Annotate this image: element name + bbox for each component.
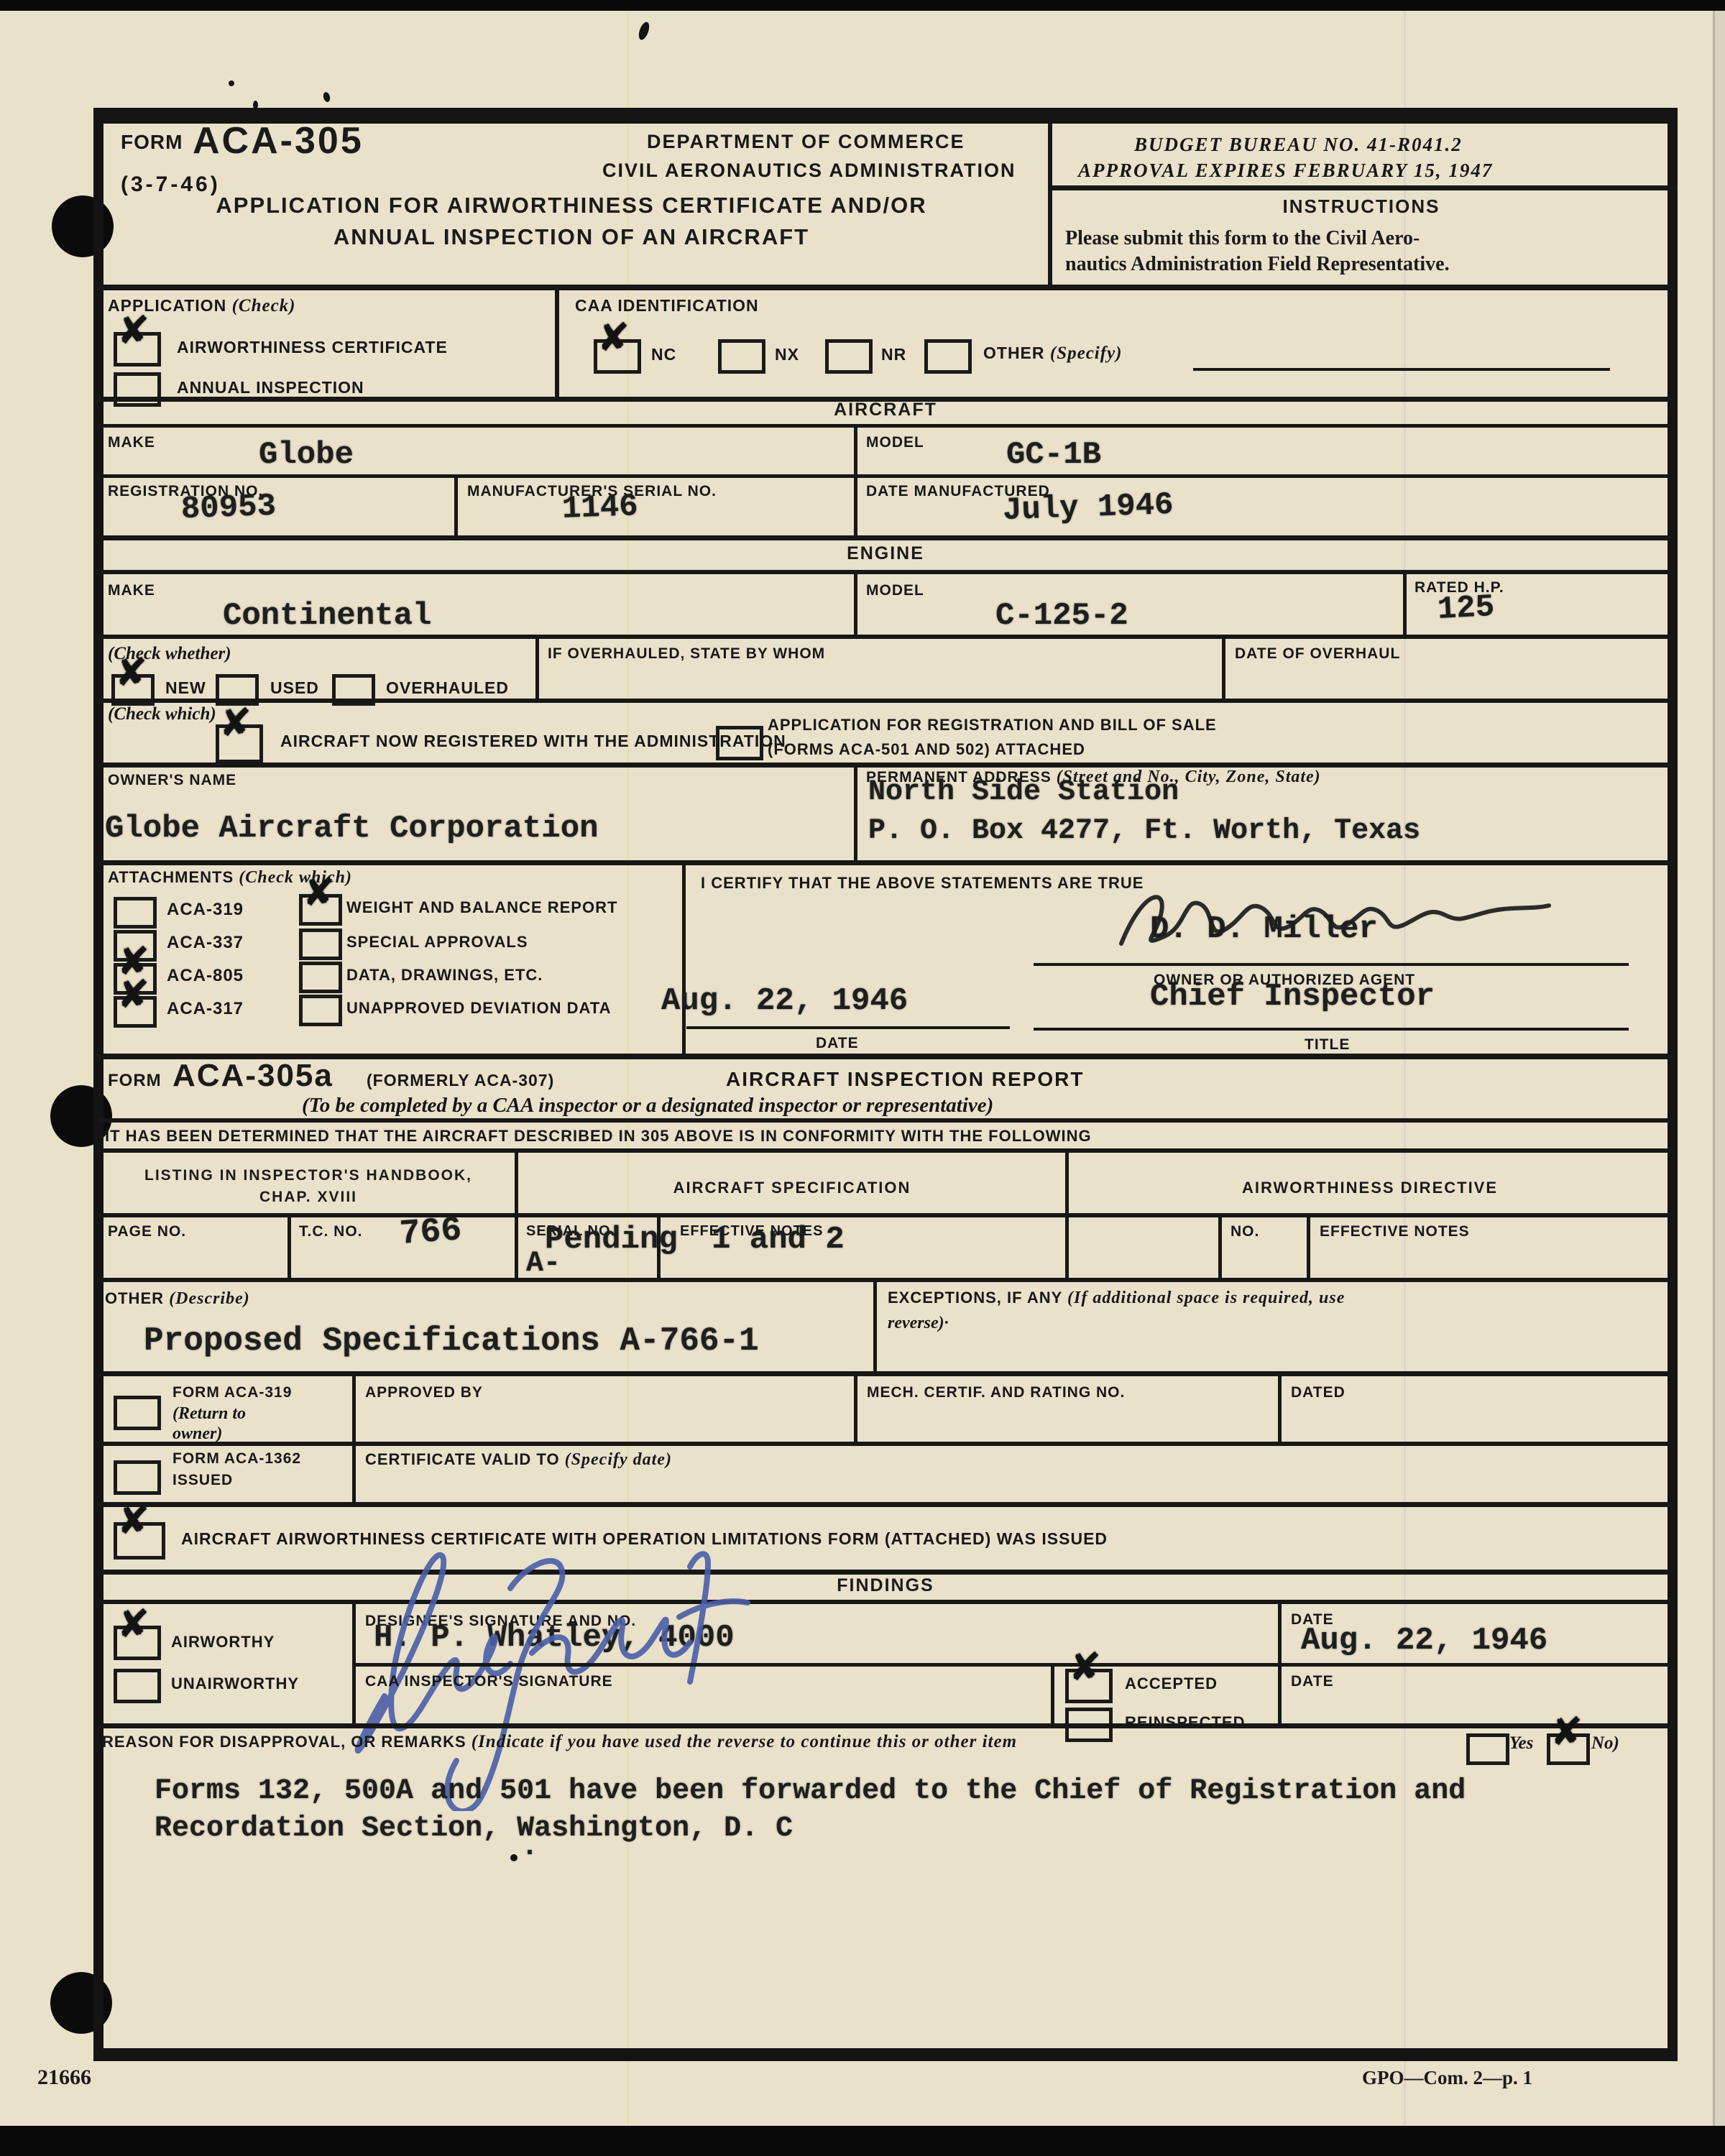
engine-title-rule — [98, 570, 1673, 574]
listing-row-rule — [98, 1278, 1673, 1282]
remarks-text-line1: Forms 132, 500A and 501 have been forwar… — [155, 1775, 1466, 1807]
tc-no-value: 766 — [398, 1211, 463, 1254]
instructions-line1: Please submit this form to the Civil Aer… — [1065, 227, 1420, 250]
report-form-number: ACA-305a — [172, 1058, 333, 1094]
certify-statement: I CERTIFY THAT THE ABOVE STATEMENTS ARE … — [701, 874, 1144, 893]
aca-317-checkbox[interactable]: ✘ — [114, 996, 157, 1028]
certify-title-underline[interactable] — [1034, 1028, 1629, 1031]
footer-gpo: GPO—Com. 2—p. 1 — [1362, 2067, 1532, 2089]
form-number: ACA-305 — [193, 119, 364, 162]
application-caa-divider — [555, 287, 559, 400]
registered-checkbox[interactable]: ✘ — [216, 724, 263, 763]
report-formerly: (FORMERLY ACA-307) — [367, 1071, 554, 1090]
check-mark: ✘ — [1069, 1648, 1101, 1687]
scan-artifact — [637, 21, 651, 42]
remarks-no-checkbox[interactable]: ✘ — [1547, 1733, 1590, 1765]
owner-address-line1: North Side Station — [868, 776, 1179, 808]
form-number-prefix: FORM — [121, 131, 183, 154]
owner-signature-typed: D. D. Miller — [1150, 911, 1378, 947]
registration-serial-divider — [454, 478, 458, 535]
owner-address-divider — [854, 766, 857, 860]
aircraft-make-label: MAKE — [108, 434, 155, 451]
data-drawings-label: DATA, DRAWINGS, ETC. — [346, 966, 543, 985]
engine-model-value: C-125-2 — [995, 598, 1128, 634]
aircraft-bottom-rule — [98, 535, 1673, 540]
remarks-yes-label: Yes — [1509, 1733, 1533, 1754]
findings-date2-label: DATE — [1291, 1673, 1334, 1690]
listing-header-line2: CHAP. XVIII — [101, 1189, 516, 1206]
certify-title-label: TITLE — [1305, 1036, 1350, 1054]
engine-section-title: ENGINE — [98, 543, 1673, 564]
airworthiness-certificate-checkbox[interactable]: ✘ — [114, 332, 161, 367]
annual-inspection-label: ANNUAL INSPECTION — [177, 378, 364, 397]
remarks-text-line2: Recordation Section, Washington, D. C — [155, 1812, 793, 1845]
budget-bureau-line2: APPROVAL EXPIRES FEBRUARY 15, 1947 — [1078, 160, 1493, 182]
form1362-valid-divider — [352, 1446, 356, 1502]
check-mark: ✘ — [597, 318, 630, 357]
caa-identification-label: CAA IDENTIFICATION — [575, 296, 759, 315]
owner-address-line2: P. O. Box 4277, Ft. Worth, Texas — [868, 815, 1420, 847]
check-which-bottom-rule — [98, 763, 1673, 768]
unairworthy-label: UNAIRWORTHY — [171, 1674, 299, 1693]
scanned-form-page: FORM ACA-305 (3-7-46) DEPARTMENT OF COMM… — [0, 0, 1725, 2156]
aircraft-section-title: AIRCRAFT — [98, 400, 1673, 420]
spec-serial-value-bottom: A- — [526, 1248, 561, 1280]
page-no-label: PAGE NO. — [108, 1223, 186, 1240]
aca-805-label: ACA-805 — [167, 966, 244, 986]
listing-header-line1: LISTING IN INSPECTOR'S HANDBOOK, — [101, 1167, 516, 1184]
form-1362-label: FORM ACA-1362 — [172, 1450, 301, 1468]
aircraft-model-label: MODEL — [866, 434, 924, 451]
date-manufactured-value: July 1946 — [1002, 487, 1174, 529]
registration-application-line1: APPLICATION FOR REGISTRATION AND BILL OF… — [768, 716, 1217, 734]
data-drawings-checkbox[interactable]: ✘ — [299, 962, 342, 993]
remarks-no-label: No) — [1591, 1733, 1619, 1754]
accepted-checkbox[interactable]: ✘ — [1065, 1669, 1113, 1703]
exceptions-label-line2: reverse)· — [888, 1314, 949, 1333]
department-line1: DEPARTMENT OF COMMERCE — [647, 131, 965, 153]
approved-by-label: APPROVED BY — [365, 1384, 483, 1401]
accepted-label: ACCEPTED — [1125, 1674, 1218, 1693]
unapproved-deviation-label: UNAPPROVED DEVIATION DATA — [346, 999, 611, 1018]
approvedby-mech-divider — [854, 1376, 857, 1442]
registered-label: AIRCRAFT NOW REGISTERED WITH THE ADMINIS… — [280, 732, 786, 751]
certificate-valid-label: CERTIFICATE VALID TO (Specify date) — [365, 1450, 672, 1470]
determined-statement: IT HAS BEEN DETERMINED THAT THE AIRCRAFT… — [105, 1127, 1092, 1146]
registration-no-value: 80953 — [180, 489, 277, 528]
unairworthy-checkbox[interactable]: ✘ — [114, 1669, 161, 1703]
certify-date-value: Aug. 22, 1946 — [661, 983, 908, 1019]
other-describe-label: OTHER (Describe) — [105, 1289, 250, 1309]
check-whether-bottom-rule — [98, 699, 1673, 703]
findings-mid-rule — [352, 1663, 1673, 1667]
weight-balance-label: WEIGHT AND BALANCE REPORT — [346, 898, 617, 917]
aca-319-label: ACA-319 — [167, 900, 244, 920]
aircraft-model-value: GC-1B — [1006, 437, 1101, 473]
scan-artifact — [322, 91, 331, 103]
department-line2: CIVIL AERONAUTICS ADMINISTRATION — [602, 160, 1016, 182]
no-notes-divider — [1307, 1217, 1310, 1278]
tc-no-label: T.C. NO. — [299, 1223, 363, 1240]
mech-certif-label: MECH. CERTIF. AND RATING NO. — [867, 1384, 1125, 1401]
other-bottom-rule — [98, 1371, 1673, 1376]
scan-artifact — [229, 80, 234, 86]
check-mark: ✘ — [117, 1605, 149, 1644]
caa-nr-label: NR — [881, 345, 906, 364]
caa-nr-checkbox[interactable]: ✘ — [825, 339, 873, 374]
report-title: AIRCRAFT INSPECTION REPORT — [726, 1068, 1084, 1091]
engine-used-label: USED — [270, 678, 319, 698]
accepted-divider — [1051, 1663, 1054, 1723]
aircraft-make-model-divider — [854, 428, 857, 476]
serial-notes-divider — [657, 1217, 661, 1278]
spec-notes-value: 1 and 2 — [712, 1222, 845, 1258]
scan-edge-right — [1713, 11, 1725, 2126]
listing-header-rule — [98, 1213, 1673, 1217]
caa-nc-label: NC — [651, 345, 676, 364]
check-mark: ✘ — [219, 704, 252, 742]
determined-rule — [98, 1148, 1673, 1153]
budget-instructions-rule — [1052, 185, 1678, 190]
overhaul-date-label: DATE OF OVERHAUL — [1235, 645, 1400, 663]
airworthy-checkbox[interactable]: ✘ — [114, 1626, 161, 1660]
owner-signature-underline[interactable] — [1034, 963, 1629, 966]
attachments-bottom-rule — [98, 1054, 1673, 1059]
remarks-yes-checkbox[interactable]: ✘ — [1466, 1733, 1509, 1765]
overhaul-divider2 — [1222, 639, 1225, 699]
directive-header: AIRWORTHINESS DIRECTIVE — [1068, 1179, 1672, 1197]
form-1362-issued-label: ISSUED — [172, 1472, 233, 1489]
findings-bottom-rule — [98, 1723, 1673, 1728]
registration-application-line2: (FORMS ACA-501 AND 502) ATTACHED — [768, 740, 1085, 759]
engine-model-label: MODEL — [866, 582, 924, 599]
form-1362-checkbox[interactable]: ✘ — [114, 1460, 161, 1495]
form1362-bottom-rule — [98, 1502, 1673, 1507]
caa-other-blank-line[interactable] — [1193, 368, 1610, 371]
aircraft-title-rule — [98, 424, 1673, 428]
check-which-label: (Check which) — [108, 704, 216, 724]
caa-other-label: OTHER (Specify) — [983, 344, 1123, 364]
certify-date-label: DATE — [816, 1035, 859, 1052]
designee-signature-handwritten — [316, 1524, 862, 1811]
form-319-paren2: owner) — [172, 1424, 222, 1444]
check-mark: ✘ — [115, 653, 147, 692]
check-mark: ✘ — [117, 975, 149, 1014]
certify-title-value: Chief Inspector — [1150, 979, 1435, 1015]
owner-name-value: Globe Aircraft Corporation — [105, 811, 599, 847]
check-mark: ✘ — [117, 1501, 149, 1540]
weight-balance-checkbox[interactable]: ✘ — [299, 894, 342, 926]
engine-make-value: Continental — [223, 598, 431, 634]
remarks-text-period: . — [521, 1831, 538, 1864]
form-319-paren1: (Return to — [172, 1404, 246, 1424]
aircraft-make-value: Globe — [259, 437, 354, 473]
rated-hp-value: 125 — [1437, 589, 1496, 628]
caa-nx-checkbox[interactable]: ✘ — [718, 339, 765, 374]
scan-edge-bottom — [0, 2126, 1725, 2156]
owner-bottom-rule — [98, 860, 1673, 865]
report-form-prefix: FORM — [108, 1071, 162, 1091]
scan-edge-top — [0, 0, 1725, 11]
cert-issued-checkbox[interactable]: ✘ — [114, 1522, 165, 1560]
form-319-checkbox[interactable]: ✘ — [114, 1396, 161, 1430]
directive-notes-label: EFFECTIVE NOTES — [1320, 1223, 1470, 1240]
budget-bureau-line1: BUDGET BUREAU NO. 41-R041.2 — [1134, 134, 1463, 156]
special-approvals-checkbox[interactable]: ✘ — [299, 929, 342, 960]
report-subtitle: (To be completed by a CAA inspector or a… — [302, 1094, 993, 1118]
caa-inspector-signature-label: CAA INSPECTOR'S SIGNATURE — [365, 1673, 613, 1690]
notes-no-divider — [1218, 1217, 1222, 1278]
attachments-certify-divider — [682, 865, 686, 1054]
airworthiness-certificate-label: AIRWORTHINESS CERTIFICATE — [177, 338, 448, 357]
page-tc-divider — [287, 1217, 291, 1278]
engine-new-label: NEW — [165, 678, 206, 698]
aca-319-checkbox[interactable]: ✘ — [114, 897, 157, 929]
form319-bottom-rule — [98, 1442, 1673, 1446]
aircraft-row-rule — [98, 474, 1673, 478]
reinspected-label: REINSPECTED — [1125, 1713, 1245, 1732]
form319-approvedby-divider — [352, 1376, 356, 1442]
instructions-line2: nautics Administration Field Representat… — [1065, 253, 1450, 276]
airworthy-label: AIRWORTHY — [171, 1633, 275, 1651]
check-mark: ✘ — [117, 311, 149, 350]
instructions-title: INSTRUCTIONS — [1052, 195, 1670, 218]
overhaul-by-label: IF OVERHAULED, STATE BY WHOM — [548, 645, 825, 663]
form-title-line1: APPLICATION FOR AIRWORTHINESS CERTIFICAT… — [129, 193, 1013, 218]
special-approvals-label: SPECIAL APPROVALS — [346, 933, 528, 952]
footer-print-code: 21666 — [37, 2065, 91, 2090]
caa-nc-checkbox[interactable]: ✘ — [594, 339, 641, 374]
directive-no-label: NO. — [1230, 1223, 1259, 1240]
engine-make-model-divider — [854, 574, 857, 635]
aca-317-label: ACA-317 — [167, 999, 244, 1019]
engine-hp-divider — [1403, 574, 1407, 635]
overhaul-divider1 — [535, 639, 539, 699]
owner-name-label: OWNER'S NAME — [108, 772, 236, 789]
header-bottom-rule — [98, 285, 1673, 290]
certify-date-underline[interactable] — [686, 1026, 1010, 1029]
serial-date-divider — [854, 478, 857, 535]
spec-header: AIRCRAFT SPECIFICATION — [517, 1179, 1067, 1197]
findings-date-value: Aug. 22, 1946 — [1301, 1623, 1547, 1659]
check-mark: ✘ — [1550, 1713, 1583, 1751]
other-describe-value: Proposed Specifications A-766-1 — [144, 1322, 759, 1360]
caa-nx-label: NX — [775, 345, 799, 364]
engine-overhauled-label: OVERHAULED — [386, 678, 509, 698]
form-319-label: FORM ACA-319 — [172, 1384, 292, 1401]
engine-row-rule — [98, 635, 1673, 639]
form-title-line2: ANNUAL INSPECTION OF AN AIRCRAFT — [129, 224, 1013, 250]
exceptions-label: EXCEPTIONS, IF ANY (If additional space … — [888, 1289, 1345, 1308]
other-exceptions-divider — [873, 1282, 877, 1371]
registration-application-checkbox[interactable]: ✘ — [716, 726, 763, 760]
aca-337-label: ACA-337 — [167, 933, 244, 953]
mech-dated-divider — [1278, 1376, 1282, 1442]
serial-no-value: 1146 — [561, 489, 638, 528]
unapproved-deviation-checkbox[interactable]: ✘ — [299, 995, 342, 1026]
engine-make-label: MAKE — [108, 582, 155, 599]
check-mark: ✘ — [303, 873, 335, 912]
dated-label: DATED — [1291, 1384, 1345, 1401]
caa-other-checkbox[interactable]: ✘ — [924, 339, 972, 374]
report-header-rule — [98, 1118, 1673, 1123]
remarks-label: REASON FOR DISAPPROVAL, OR REMARKS (Indi… — [102, 1732, 1017, 1752]
